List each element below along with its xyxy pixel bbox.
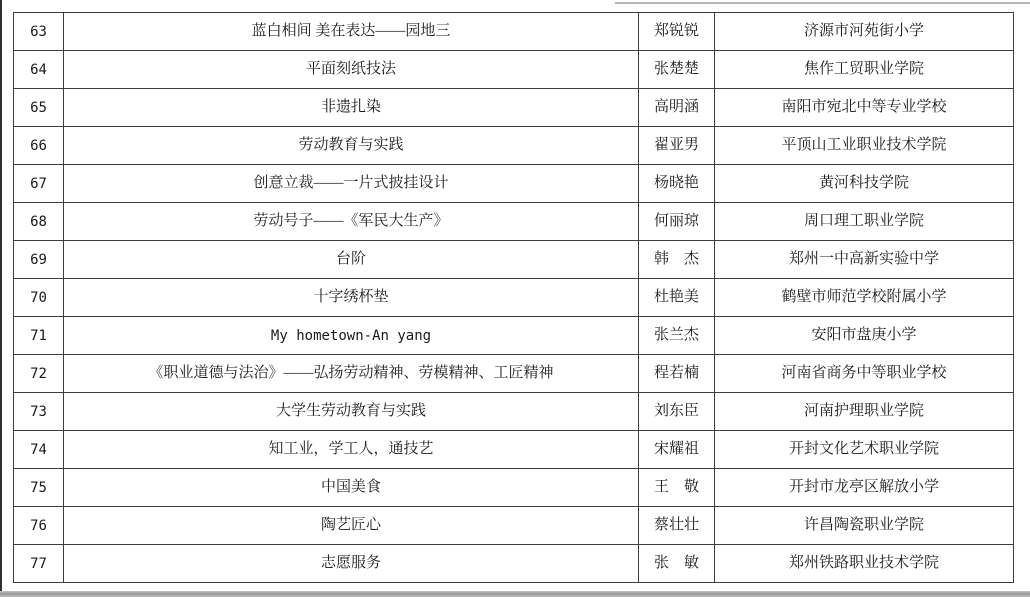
work-title-cell: 中国美食 xyxy=(64,469,639,507)
organization-cell: 河南省商务中等职业学校 xyxy=(715,355,1014,393)
work-title-cell: 劳动号子——《军民大生产》 xyxy=(64,203,639,241)
row-number-cell: 68 xyxy=(14,203,64,241)
organization-cell: 焦作工贸职业学院 xyxy=(715,51,1014,89)
table-row: 69 台阶 韩 杰 郑州一中高新实验中学 xyxy=(14,241,1014,279)
work-title-cell: 台阶 xyxy=(64,241,639,279)
row-number-cell: 77 xyxy=(14,545,64,583)
table-row: 73 大学生劳动教育与实践 刘东臣 河南护理职业学院 xyxy=(14,393,1014,431)
table-row: 66 劳动教育与实践 翟亚男 平顶山工业职业技术学院 xyxy=(14,127,1014,165)
author-name-cell: 翟亚男 xyxy=(639,127,715,165)
organization-cell: 郑州一中高新实验中学 xyxy=(715,241,1014,279)
author-name-cell: 刘东臣 xyxy=(639,393,715,431)
table-row: 76 陶艺匠心 蔡壮壮 许昌陶瓷职业学院 xyxy=(14,507,1014,545)
author-name-cell: 杨晓艳 xyxy=(639,165,715,203)
author-name-cell: 郑锐锐 xyxy=(639,13,715,51)
table-row: 67 创意立裁——一片式披挂设计 杨晓艳 黄河科技学院 xyxy=(14,165,1014,203)
row-number-cell: 71 xyxy=(14,317,64,355)
work-title-cell: 蓝白相间 美在表达——园地三 xyxy=(64,13,639,51)
organization-cell: 周口理工职业学院 xyxy=(715,203,1014,241)
table-row: 70 十字绣杯垫 杜艳美 鹤壁市师范学校附属小学 xyxy=(14,279,1014,317)
author-name-cell: 王 敬 xyxy=(639,469,715,507)
author-name-cell: 蔡壮壮 xyxy=(639,507,715,545)
row-number-cell: 69 xyxy=(14,241,64,279)
work-title-cell: 十字绣杯垫 xyxy=(64,279,639,317)
author-name-cell: 程若楠 xyxy=(639,355,715,393)
work-title-cell: 劳动教育与实践 xyxy=(64,127,639,165)
table-row: 74 知工业，学工人，通技艺 宋耀祖 开封文化艺术职业学院 xyxy=(14,431,1014,469)
row-number-cell: 65 xyxy=(14,89,64,127)
row-number-cell: 74 xyxy=(14,431,64,469)
row-number-cell: 75 xyxy=(14,469,64,507)
row-number-cell: 73 xyxy=(14,393,64,431)
organization-cell: 开封市龙亭区解放小学 xyxy=(715,469,1014,507)
work-title-cell: My hometown-An yang xyxy=(64,317,639,355)
author-name-cell: 何丽琼 xyxy=(639,203,715,241)
row-number-cell: 70 xyxy=(14,279,64,317)
table-row: 63 蓝白相间 美在表达——园地三 郑锐锐 济源市河苑街小学 xyxy=(14,13,1014,51)
row-number-cell: 67 xyxy=(14,165,64,203)
scan-artifact-top-line xyxy=(615,2,1030,4)
organization-cell: 安阳市盘庚小学 xyxy=(715,317,1014,355)
work-title-cell: 大学生劳动教育与实践 xyxy=(64,393,639,431)
table-row: 68 劳动号子——《军民大生产》 何丽琼 周口理工职业学院 xyxy=(14,203,1014,241)
results-table: 63 蓝白相间 美在表达——园地三 郑锐锐 济源市河苑街小学 64 平面刻纸技法… xyxy=(13,12,1014,583)
row-number-cell: 63 xyxy=(14,13,64,51)
organization-cell: 开封文化艺术职业学院 xyxy=(715,431,1014,469)
table-row: 75 中国美食 王 敬 开封市龙亭区解放小学 xyxy=(14,469,1014,507)
author-name-cell: 杜艳美 xyxy=(639,279,715,317)
organization-cell: 河南护理职业学院 xyxy=(715,393,1014,431)
author-name-cell: 张楚楚 xyxy=(639,51,715,89)
organization-cell: 鹤壁市师范学校附属小学 xyxy=(715,279,1014,317)
work-title-cell: 志愿服务 xyxy=(64,545,639,583)
organization-cell: 南阳市宛北中等专业学校 xyxy=(715,89,1014,127)
page-bottom-edge-shadow xyxy=(0,591,1030,597)
work-title-cell: 非遗扎染 xyxy=(64,89,639,127)
organization-cell: 许昌陶瓷职业学院 xyxy=(715,507,1014,545)
row-number-cell: 64 xyxy=(14,51,64,89)
table-row: 65 非遗扎染 高明涵 南阳市宛北中等专业学校 xyxy=(14,89,1014,127)
work-title-cell: 创意立裁——一片式披挂设计 xyxy=(64,165,639,203)
scanned-document-page: { "colors": { "table_border": "#3d3d3d",… xyxy=(0,0,1030,600)
table-row: 77 志愿服务 张 敏 郑州铁路职业技术学院 xyxy=(14,545,1014,583)
row-number-cell: 76 xyxy=(14,507,64,545)
author-name-cell: 宋耀祖 xyxy=(639,431,715,469)
work-title-cell: 平面刻纸技法 xyxy=(64,51,639,89)
row-number-cell: 72 xyxy=(14,355,64,393)
work-title-cell: 《职业道德与法治》——弘扬劳动精神、劳模精神、工匠精神 xyxy=(64,355,639,393)
work-title-cell: 陶艺匠心 xyxy=(64,507,639,545)
work-title-cell: 知工业，学工人，通技艺 xyxy=(64,431,639,469)
author-name-cell: 张兰杰 xyxy=(639,317,715,355)
organization-cell: 济源市河苑街小学 xyxy=(715,13,1014,51)
organization-cell: 平顶山工业职业技术学院 xyxy=(715,127,1014,165)
organization-cell: 黄河科技学院 xyxy=(715,165,1014,203)
author-name-cell: 韩 杰 xyxy=(639,241,715,279)
table-row: 64 平面刻纸技法 张楚楚 焦作工贸职业学院 xyxy=(14,51,1014,89)
row-number-cell: 66 xyxy=(14,127,64,165)
table-row: 72 《职业道德与法治》——弘扬劳动精神、劳模精神、工匠精神 程若楠 河南省商务… xyxy=(14,355,1014,393)
page-left-edge-line xyxy=(0,0,2,591)
author-name-cell: 张 敏 xyxy=(639,545,715,583)
table-row: 71 My hometown-An yang 张兰杰 安阳市盘庚小学 xyxy=(14,317,1014,355)
organization-cell: 郑州铁路职业技术学院 xyxy=(715,545,1014,583)
author-name-cell: 高明涵 xyxy=(639,89,715,127)
